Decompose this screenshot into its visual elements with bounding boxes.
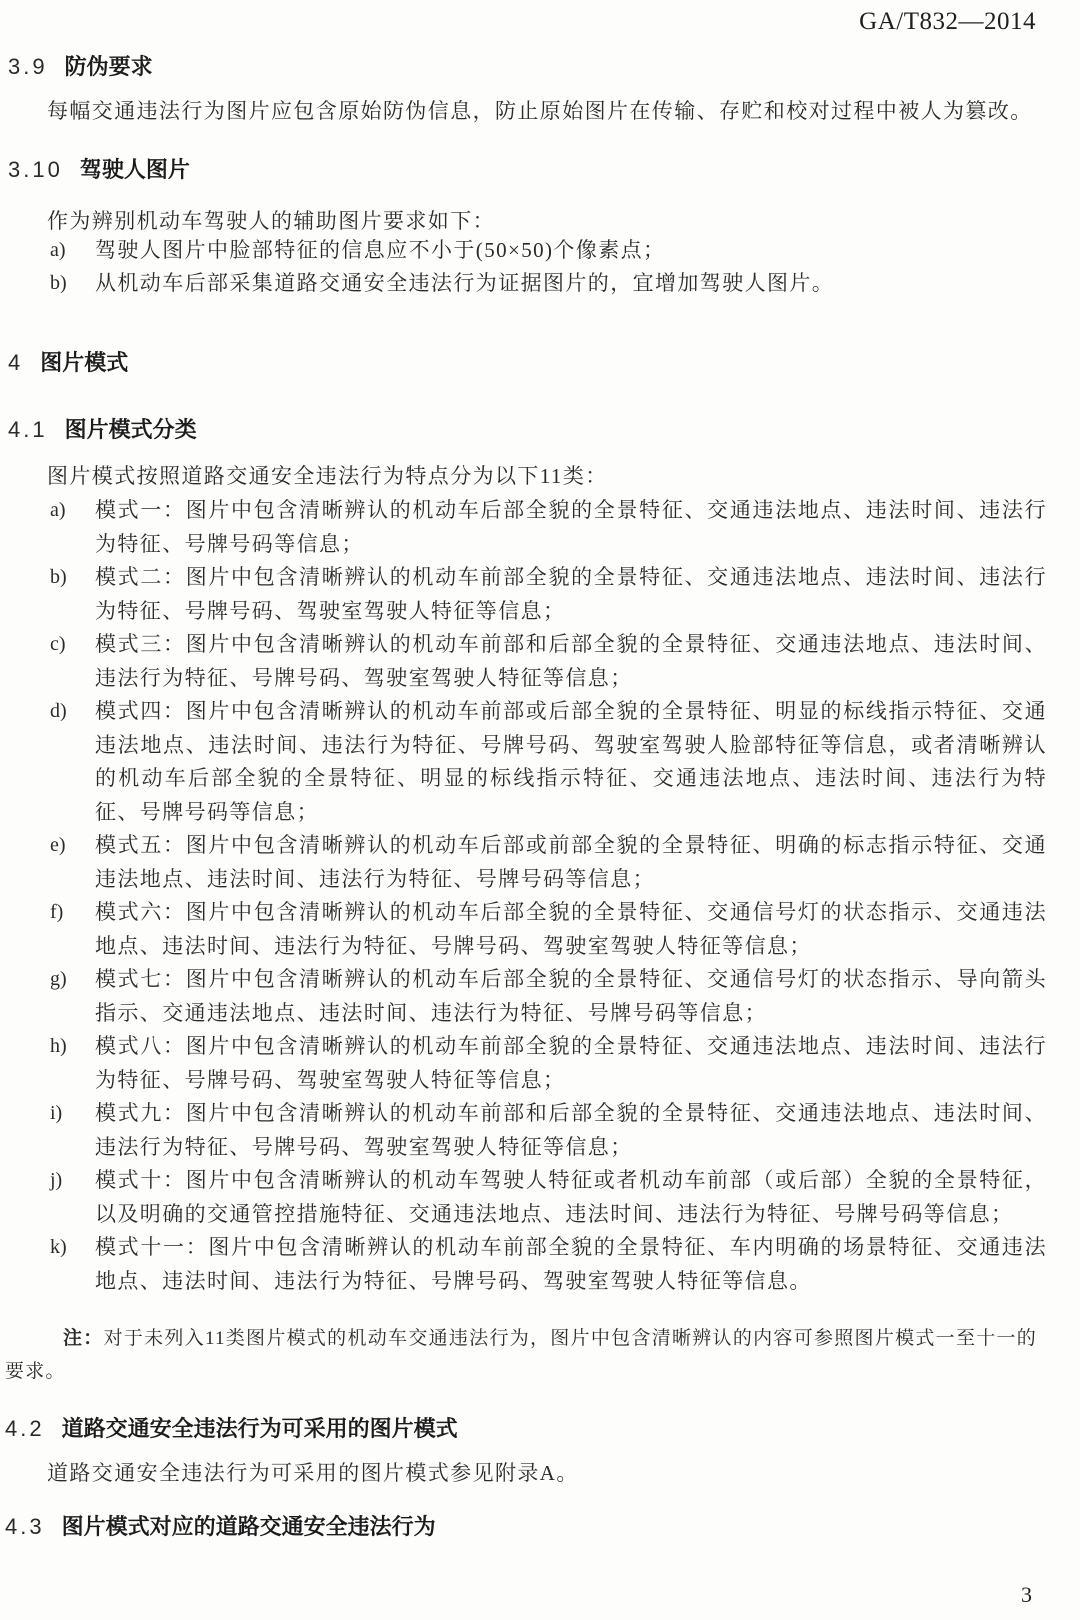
heading-number: 4.3 (5, 1514, 45, 1539)
mode-item: a) 模式一：图片中包含清晰辨认的机动车后部全貌的全景特征、交通违法地点、违法时… (50, 494, 1047, 561)
mode-item-label: a) (50, 494, 95, 561)
heading-title: 图片模式分类 (65, 417, 197, 442)
list-item-label: b) (50, 267, 95, 300)
mode-item: h) 模式八：图片中包含清晰辨认的机动车前部全貌的全景特征、交通违法地点、违法时… (50, 1030, 1047, 1097)
mode-item-text: 模式七：图片中包含清晰辨认的机动车后部全貌的全景特征、交通信号灯的状态指示、导向… (95, 963, 1047, 1030)
mode-item-text: 模式十一：图片中包含清晰辨认的机动车前部全貌的全景特征、车内明确的场景特征、交通… (95, 1231, 1047, 1298)
mode-item-text: 模式八：图片中包含清晰辨认的机动车前部全貌的全景特征、交通违法地点、违法时间、违… (95, 1030, 1047, 1097)
heading-3-10: 3.10驾驶人图片 (8, 153, 190, 184)
list-item: b) 从机动车后部采集道路交通安全违法行为证据图片的，宜增加驾驶人图片。 (50, 267, 1047, 300)
heading-4-2: 4.2道路交通安全违法行为可采用的图片模式 (5, 1412, 458, 1443)
heading-title: 图片模式对应的道路交通安全违法行为 (62, 1514, 436, 1539)
mode-item-text: 模式三：图片中包含清晰辨认的机动车前部和后部全貌的全景特征、交通违法地点、违法时… (95, 628, 1047, 695)
mode-item-label: k) (50, 1231, 95, 1298)
mode-item-text: 模式四：图片中包含清晰辨认的机动车前部或后部全貌的全景特征、明显的标线指示特征、… (95, 695, 1047, 829)
note: 注：对于未列入11类图片模式的机动车交通违法行为，图片中包含清晰辨认的内容可参照… (5, 1322, 1037, 1388)
mode-item-label: h) (50, 1030, 95, 1097)
list-3-10: a) 驾驶人图片中脸部特征的信息应不小于(50×50)个像素点； b) 从机动车… (50, 234, 1047, 300)
mode-item: d) 模式四：图片中包含清晰辨认的机动车前部或后部全貌的全景特征、明显的标线指示… (50, 695, 1047, 829)
mode-item-label: i) (50, 1097, 95, 1164)
heading-4-3: 4.3图片模式对应的道路交通安全违法行为 (5, 1510, 436, 1541)
mode-item: b) 模式二：图片中包含清晰辨认的机动车前部全貌的全景特征、交通违法地点、违法时… (50, 561, 1047, 628)
mode-item-label: f) (50, 896, 95, 963)
heading-title: 道路交通安全违法行为可采用的图片模式 (62, 1416, 458, 1441)
mode-item-text: 模式六：图片中包含清晰辨认的机动车后部全貌的全景特征、交通信号灯的状态指示、交通… (95, 896, 1047, 963)
mode-item-label: j) (50, 1164, 95, 1231)
mode-item-label: g) (50, 963, 95, 1030)
mode-item: e) 模式五：图片中包含清晰辨认的机动车后部或前部全貌的全景特征、明确的标志指示… (50, 829, 1047, 896)
list-item: a) 驾驶人图片中脸部特征的信息应不小于(50×50)个像素点； (50, 234, 1047, 267)
mode-item-text: 模式二：图片中包含清晰辨认的机动车前部全貌的全景特征、交通违法地点、违法时间、违… (95, 561, 1047, 628)
mode-item: k) 模式十一：图片中包含清晰辨认的机动车前部全貌的全景特征、车内明确的场景特征… (50, 1231, 1047, 1298)
document-page: GA/T832—2014 3.9防伪要求 每幅交通违法行为图片应包含原始防伪信息… (0, 0, 1080, 1620)
heading-title: 图片模式 (40, 350, 128, 375)
page-number: 3 (1021, 1582, 1032, 1608)
list-item-label: a) (50, 234, 95, 267)
heading-number: 4 (8, 350, 23, 375)
heading-4: 4图片模式 (8, 346, 128, 377)
mode-item-text: 模式五：图片中包含清晰辨认的机动车后部或前部全貌的全景特征、明确的标志指示特征、… (95, 829, 1047, 896)
heading-number: 4.1 (8, 417, 48, 442)
mode-item-text: 模式一：图片中包含清晰辨认的机动车后部全貌的全景特征、交通违法地点、违法时间、违… (95, 494, 1047, 561)
heading-4-1: 4.1图片模式分类 (8, 413, 197, 444)
heading-number: 4.2 (5, 1416, 45, 1441)
note-text: 对于未列入11类图片模式的机动车交通违法行为，图片中包含清晰辨认的内容可参照图片… (5, 1328, 1037, 1382)
doc-number: GA/T832—2014 (859, 8, 1036, 36)
mode-item-label: c) (50, 628, 95, 695)
paragraph-3-9: 每幅交通违法行为图片应包含原始防伪信息，防止原始图片在传输、存贮和校对过程中被人… (47, 96, 1037, 127)
mode-item-label: b) (50, 561, 95, 628)
note-label: 注： (63, 1328, 104, 1349)
paragraph-4-1-intro: 图片模式按照道路交通安全违法行为特点分为以下11类： (47, 461, 1037, 492)
list-item-text: 从机动车后部采集道路交通安全违法行为证据图片的，宜增加驾驶人图片。 (95, 267, 1047, 300)
heading-number: 3.10 (8, 157, 63, 182)
mode-item-text: 模式九：图片中包含清晰辨认的机动车前部和后部全貌的全景特征、交通违法地点、违法时… (95, 1097, 1047, 1164)
mode-item: g) 模式七：图片中包含清晰辨认的机动车后部全貌的全景特征、交通信号灯的状态指示… (50, 963, 1047, 1030)
list-item-text: 驾驶人图片中脸部特征的信息应不小于(50×50)个像素点； (95, 234, 1047, 267)
mode-item: i) 模式九：图片中包含清晰辨认的机动车前部和后部全貌的全景特征、交通违法地点、… (50, 1097, 1047, 1164)
heading-3-9: 3.9防伪要求 (8, 50, 153, 81)
paragraph-3-10-intro: 作为辨别机动车驾驶人的辅助图片要求如下： (47, 206, 1037, 237)
mode-item: f) 模式六：图片中包含清晰辨认的机动车后部全貌的全景特征、交通信号灯的状态指示… (50, 896, 1047, 963)
mode-item-label: d) (50, 695, 95, 829)
heading-number: 3.9 (8, 54, 48, 79)
list-4-1: a) 模式一：图片中包含清晰辨认的机动车后部全貌的全景特征、交通违法地点、违法时… (50, 494, 1047, 1298)
heading-title: 驾驶人图片 (80, 157, 190, 182)
mode-item-text: 模式十：图片中包含清晰辨认的机动车驾驶人特征或者机动车前部（或后部）全貌的全景特… (95, 1164, 1047, 1231)
mode-item-label: e) (50, 829, 95, 896)
paragraph-4-2: 道路交通安全违法行为可采用的图片模式参见附录A。 (47, 1458, 1037, 1489)
mode-item: c) 模式三：图片中包含清晰辨认的机动车前部和后部全貌的全景特征、交通违法地点、… (50, 628, 1047, 695)
mode-item: j) 模式十：图片中包含清晰辨认的机动车驾驶人特征或者机动车前部（或后部）全貌的… (50, 1164, 1047, 1231)
heading-title: 防伪要求 (65, 54, 153, 79)
